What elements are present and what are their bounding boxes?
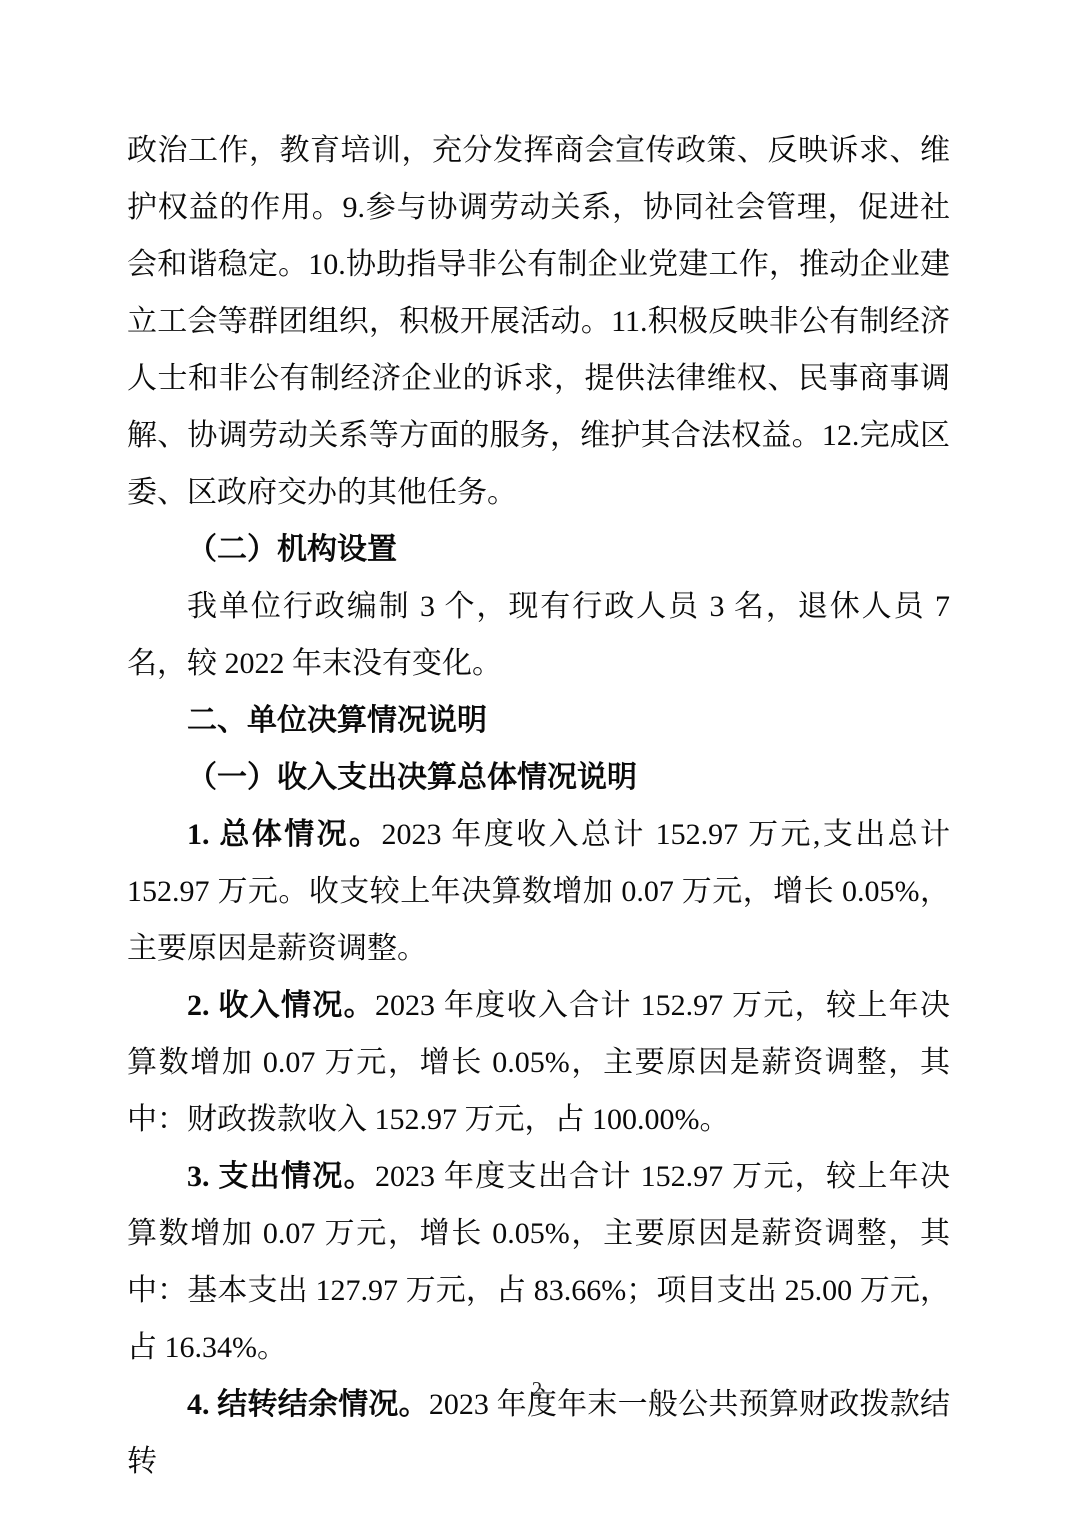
section-heading-level2: （一）收入支出决算总体情况说明: [127, 749, 950, 806]
document-body: 政治工作，教育培训，充分发挥商会宣传政策、反映诉求、维护权益的作用。9.参与协调…: [127, 122, 950, 1490]
body-paragraph: 1. 总体情况。2023 年度收入总计 152.97 万元,支出总计 152.9…: [127, 806, 950, 977]
paragraph-lead: 2. 收入情况。: [187, 989, 375, 1022]
section-heading-level2: （二）机构设置: [127, 521, 950, 578]
document-page: 政治工作，教育培训，充分发挥商会宣传政策、反映诉求、维护权益的作用。9.参与协调…: [0, 0, 1074, 1520]
body-paragraph: 3. 支出情况。2023 年度支出合计 152.97 万元，较上年决算数增加 0…: [127, 1148, 950, 1376]
body-paragraph: 政治工作，教育培训，充分发挥商会宣传政策、反映诉求、维护权益的作用。9.参与协调…: [127, 122, 950, 521]
body-paragraph: 我单位行政编制 3 个，现有行政人员 3 名，退休人员 7 名，较 2022 年…: [127, 578, 950, 692]
paragraph-lead: 1. 总体情况。: [187, 818, 381, 851]
body-paragraph: 2. 收入情况。2023 年度收入合计 152.97 万元，较上年决算数增加 0…: [127, 977, 950, 1148]
paragraph-lead: 3. 支出情况。: [187, 1160, 375, 1193]
section-heading-level1: 二、单位决算情况说明: [127, 692, 950, 749]
page-number: 2: [0, 1376, 1074, 1402]
